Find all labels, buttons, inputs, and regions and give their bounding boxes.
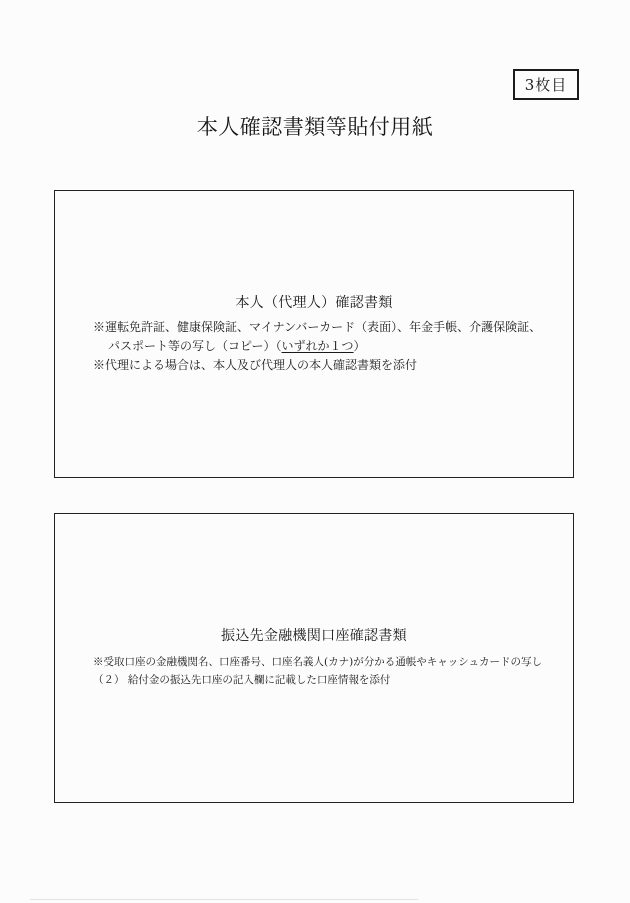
page-title: 本人確認書類等貼付用紙 xyxy=(0,113,630,141)
identity-note-2-underlined: いずれか１つ xyxy=(282,339,354,353)
sheet-number-box: 3枚目 xyxy=(513,69,579,100)
bank-note-1: ※受取口座の金融機関名、口座番号、口座名義人(カナ)が分かる通帳やキャッシュカー… xyxy=(93,653,541,671)
identity-note-3: ※代理による場合は、本人及び代理人の本人確認書類を添付 xyxy=(93,356,541,375)
bank-account-attachment-box: 振込先金融機関口座確認書類 ※受取口座の金融機関名、口座番号、口座名義人(カナ)… xyxy=(54,513,574,803)
identity-note-2-prefix: パスポート等の写し（コピー）（ xyxy=(108,339,282,353)
identity-documents-attachment-box: 本人（代理人）確認書類 ※運転免許証、健康保険証、マイナンバーカード（表面）、年… xyxy=(54,190,574,478)
document-page: 3枚目 本人確認書類等貼付用紙 本人（代理人）確認書類 ※運転免許証、健康保険証… xyxy=(0,0,630,903)
identity-note-2: パスポート等の写し（コピー）（いずれか１つ） xyxy=(93,337,541,356)
bank-note-2: （２） 給付金の振込先口座の記入欄に記載した口座情報を添付 xyxy=(93,671,541,689)
identity-note-1: ※運転免許証、健康保険証、マイナンバーカード（表面）、年金手帳、介護保険証、 xyxy=(93,318,541,337)
page-bottom-scan-edge xyxy=(30,899,418,900)
identity-box-notes: ※運転免許証、健康保険証、マイナンバーカード（表面）、年金手帳、介護保険証、 パ… xyxy=(55,318,573,375)
identity-box-heading: 本人（代理人）確認書類 xyxy=(55,294,573,313)
bank-box-heading: 振込先金融機関口座確認書類 xyxy=(55,627,573,646)
identity-note-2-suffix: ） xyxy=(354,339,366,353)
bank-box-notes: ※受取口座の金融機関名、口座番号、口座名義人(カナ)が分かる通帳やキャッシュカー… xyxy=(55,653,573,689)
sheet-number-label: 3枚目 xyxy=(525,74,568,95)
